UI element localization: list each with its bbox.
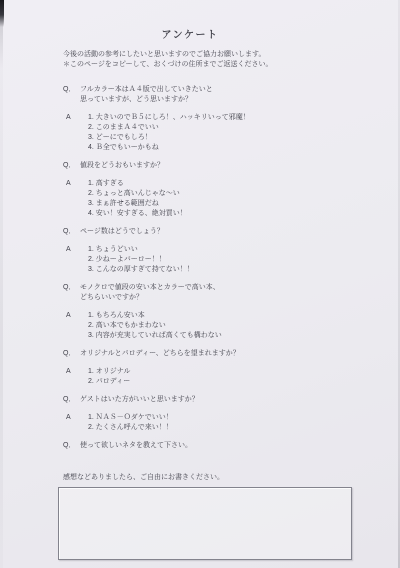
answer-label: A bbox=[63, 179, 88, 219]
question-label: Q． bbox=[63, 395, 80, 405]
answer-option: 4. 安い！安すぎる、絶対買い！ bbox=[88, 209, 187, 219]
answer-option: 2. 高い本でもかまわない bbox=[88, 321, 222, 331]
question-line: 使って欲しいネタを教えて下さい。 bbox=[80, 441, 192, 451]
answer-row: A 1. 大きいのでＢ５にしろ！、ハッキリいって邪魔！ 2. このままＡ４でいい… bbox=[63, 113, 400, 153]
answer-option: 3. どーにでもしろ！ bbox=[88, 133, 250, 143]
question-line: 思っていますが、どう思いますか？ bbox=[80, 95, 213, 105]
answer-options: 1. もちろん安い本 2. 高い本でもかまわない 3. 内容が充実していれば高く… bbox=[88, 311, 222, 341]
question-text: ページ数はどうでしょう？ bbox=[80, 227, 164, 237]
question-line: オリジナルとパロディー、どちらを望まれますか？ bbox=[80, 349, 240, 359]
answer-option: 4. Ｂ全でもいーかもね bbox=[88, 143, 250, 153]
question-text: モノクロで値段の安い本とカラーで高い本、 どちらいいですか？ bbox=[80, 283, 220, 303]
answer-option: 2. ちょっと高いんじゃな～い bbox=[88, 189, 187, 199]
answer-option: 2. パロディー bbox=[88, 377, 130, 387]
question-block: Q． フルカラー本はＡ４版で出していきたいと 思っていますが、どう思いますか？ … bbox=[63, 85, 400, 153]
answer-options: 1. 高すぎる 2. ちょっと高いんじゃな～い 3. まぁ許せる範囲だね 4. … bbox=[88, 179, 187, 219]
question-line: 値段をどうおもいますか？ bbox=[80, 161, 164, 171]
question-row: Q． モノクロで値段の安い本とカラーで高い本、 どちらいいですか？ bbox=[63, 283, 400, 303]
question-list: Q． フルカラー本はＡ４版で出していきたいと 思っていますが、どう思いますか？ … bbox=[63, 85, 400, 451]
question-line: フルカラー本はＡ４版で出していきたいと bbox=[80, 85, 213, 95]
intro-line: ＊このページをコピーして、おくづけの住所までご返送ください。 bbox=[63, 60, 400, 70]
question-block: Q． 使って欲しいネタを教えて下さい。 bbox=[63, 441, 400, 451]
question-line: モノクロで値段の安い本とカラーで高い本、 bbox=[80, 283, 220, 293]
page-title: アンケート bbox=[0, 0, 380, 41]
question-block: Q． オリジナルとパロディー、どちらを望まれますか？ A 1. オリジナル 2.… bbox=[63, 349, 400, 387]
question-block: Q． 値段をどうおもいますか？ A 1. 高すぎる 2. ちょっと高いんじゃな～… bbox=[63, 161, 400, 219]
answer-options: 1. ＮＡＳ－Ｏダケでいい！ 2. たくさん呼んで来い！！ bbox=[88, 413, 173, 433]
question-row: Q． オリジナルとパロディー、どちらを望まれますか？ bbox=[63, 349, 400, 359]
question-block: Q． ゲストはいた方がいいと思いますか？ A 1. ＮＡＳ－Ｏダケでいい！ 2.… bbox=[63, 395, 400, 433]
question-text: 値段をどうおもいますか？ bbox=[80, 161, 164, 171]
question-label: Q． bbox=[63, 283, 80, 303]
answer-option: 3. まぁ許せる範囲だね bbox=[88, 199, 187, 209]
answer-option: 1. オリジナル bbox=[88, 367, 130, 377]
question-text: 使って欲しいネタを教えて下さい。 bbox=[80, 441, 192, 451]
intro-line: 今後の活動の参考にしたいと思いますのでご協力お願いします。 bbox=[63, 50, 400, 60]
question-row: Q． 使って欲しいネタを教えて下さい。 bbox=[63, 441, 400, 451]
answer-row: A 1. もちろん安い本 2. 高い本でもかまわない 3. 内容が充実していれば… bbox=[63, 311, 400, 341]
scanned-page: アンケート 今後の活動の参考にしたいと思いますのでご協力お願いします。 ＊このペ… bbox=[0, 0, 400, 568]
answer-label: A bbox=[63, 311, 88, 341]
answer-options: 1. オリジナル 2. パロディー bbox=[88, 367, 130, 387]
answer-option: 1. ちょうどいい bbox=[88, 245, 194, 255]
question-label: Q． bbox=[63, 85, 80, 105]
question-label: Q． bbox=[63, 349, 80, 359]
scan-edge-artifact bbox=[0, 0, 3, 568]
answer-label: A bbox=[63, 413, 88, 433]
question-line: ページ数はどうでしょう？ bbox=[80, 227, 164, 237]
closing-note: 感想などありましたら、ご自由にお書きください。 bbox=[63, 473, 400, 483]
question-row: Q． ゲストはいた方がいいと思いますか？ bbox=[63, 395, 400, 405]
question-label: Q． bbox=[63, 161, 80, 171]
answer-option: 1. ＮＡＳ－Ｏダケでいい！ bbox=[88, 413, 173, 423]
answer-row: A 1. オリジナル 2. パロディー bbox=[63, 367, 400, 387]
question-line: どちらいいですか？ bbox=[80, 293, 220, 303]
question-text: フルカラー本はＡ４版で出していきたいと 思っていますが、どう思いますか？ bbox=[80, 85, 213, 105]
answer-row: A 1. ＮＡＳ－Ｏダケでいい！ 2. たくさん呼んで来い！！ bbox=[63, 413, 400, 433]
answer-row: A 1. ちょうどいい 2. 少ねーよバーロー！！ 3. こんなの厚すぎて持てな… bbox=[63, 245, 400, 275]
intro-note: 今後の活動の参考にしたいと思いますのでご協力お願いします。 ＊このページをコピー… bbox=[63, 50, 400, 70]
answer-option: 1. 大きいのでＢ５にしろ！、ハッキリいって邪魔！ bbox=[88, 113, 250, 123]
question-row: Q． フルカラー本はＡ４版で出していきたいと 思っていますが、どう思いますか？ bbox=[63, 85, 400, 105]
answer-option: 3. こんなの厚すぎて持てない！！ bbox=[88, 265, 194, 275]
answer-label: A bbox=[63, 367, 88, 387]
question-text: オリジナルとパロディー、どちらを望まれますか？ bbox=[80, 349, 240, 359]
question-line: ゲストはいた方がいいと思いますか？ bbox=[80, 395, 199, 405]
answer-label: A bbox=[63, 245, 88, 275]
answer-option: 2. 少ねーよバーロー！！ bbox=[88, 255, 194, 265]
question-text: ゲストはいた方がいいと思いますか？ bbox=[80, 395, 199, 405]
question-row: Q． ページ数はどうでしょう？ bbox=[63, 227, 400, 237]
answer-label: A bbox=[63, 113, 88, 153]
answer-option: 1. 高すぎる bbox=[88, 179, 187, 189]
answer-option: 2. このままＡ４でいい bbox=[88, 123, 250, 133]
answer-option: 3. 内容が充実していれば高くても構わない bbox=[88, 331, 222, 341]
question-block: Q． モノクロで値段の安い本とカラーで高い本、 どちらいいですか？ A 1. も… bbox=[63, 283, 400, 341]
answer-options: 1. 大きいのでＢ５にしろ！、ハッキリいって邪魔！ 2. このままＡ４でいい 3… bbox=[88, 113, 250, 153]
answer-options: 1. ちょうどいい 2. 少ねーよバーロー！！ 3. こんなの厚すぎて持てない！… bbox=[88, 245, 194, 275]
question-label: Q． bbox=[63, 441, 80, 451]
answer-row: A 1. 高すぎる 2. ちょっと高いんじゃな～い 3. まぁ許せる範囲だね 4… bbox=[63, 179, 400, 219]
question-label: Q． bbox=[63, 227, 80, 237]
question-block: Q． ページ数はどうでしょう？ A 1. ちょうどいい 2. 少ねーよバーロー！… bbox=[63, 227, 400, 275]
comment-box bbox=[58, 487, 352, 560]
answer-option: 1. もちろん安い本 bbox=[88, 311, 222, 321]
question-row: Q． 値段をどうおもいますか？ bbox=[63, 161, 400, 171]
answer-option: 2. たくさん呼んで来い！！ bbox=[88, 423, 173, 433]
